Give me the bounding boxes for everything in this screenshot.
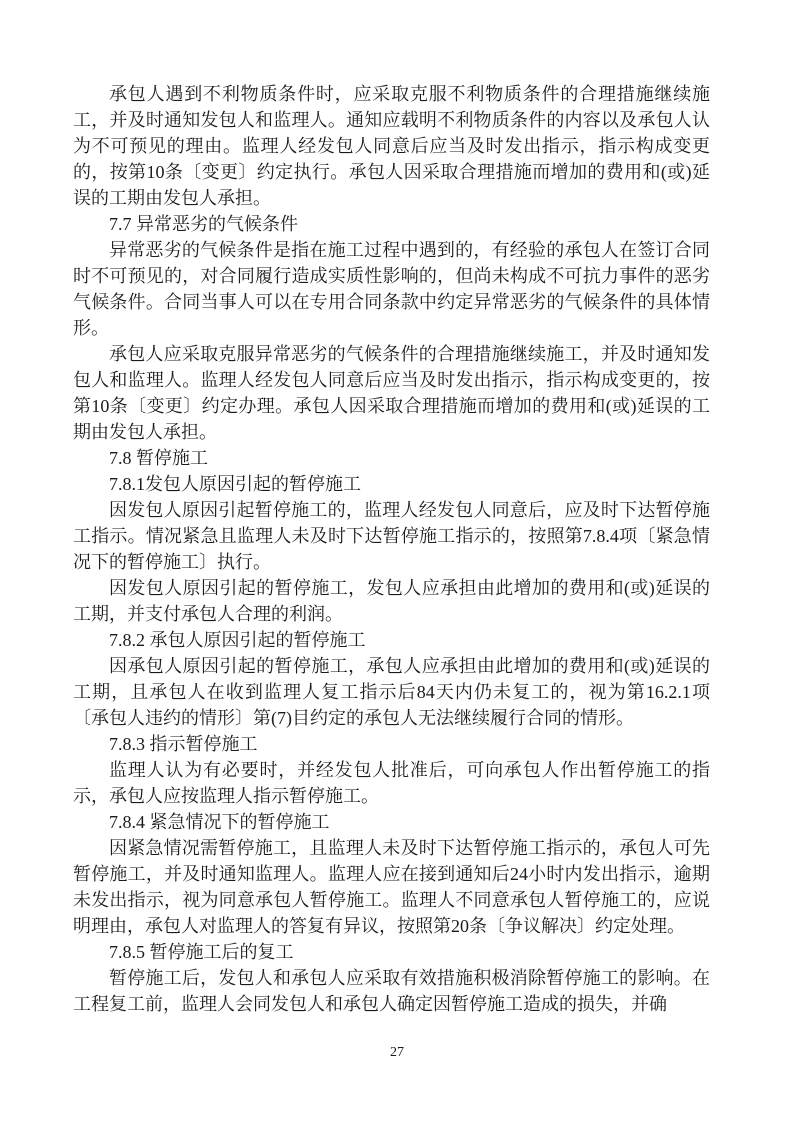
section-heading: 7.8.4 紧急情况下的暂停施工: [73, 809, 710, 835]
paragraph: 承包人应采取克服异常恶劣的气候条件的合理措施继续施工，并及时通知发包人和监理人。…: [73, 341, 710, 445]
page-number: 27: [0, 1045, 794, 1060]
paragraph: 异常恶劣的气候条件是指在施工过程中遇到的，有经验的承包人在签订合同时不可预见的，…: [73, 237, 710, 341]
section-heading: 7.8.3 指示暂停施工: [73, 731, 710, 757]
paragraph: 承包人遇到不利物质条件时，应采取克服不利物质条件的合理措施继续施工，并及时通知发…: [73, 81, 710, 211]
section-heading: 7.8.1发包人原因引起的暂停施工: [73, 471, 710, 497]
section-heading: 7.7 异常恶劣的气候条件: [73, 211, 710, 237]
document-body: 承包人遇到不利物质条件时，应采取克服不利物质条件的合理措施继续施工，并及时通知发…: [73, 81, 710, 1017]
paragraph: 因发包人原因引起暂停施工的，监理人经发包人同意后，应及时下达暂停施工指示。情况紧…: [73, 497, 710, 575]
section-heading: 7.8 暂停施工: [73, 445, 710, 471]
section-heading: 7.8.5 暂停施工后的复工: [73, 939, 710, 965]
paragraph: 监理人认为有必要时，并经发包人批准后，可向承包人作出暂停施工的指示，承包人应按监…: [73, 757, 710, 809]
paragraph: 因承包人原因引起的暂停施工，承包人应承担由此增加的费用和(或)延误的工期，且承包…: [73, 653, 710, 731]
paragraph: 因紧急情况需暂停施工，且监理人未及时下达暂停施工指示的，承包人可先暂停施工，并及…: [73, 835, 710, 939]
paragraph: 因发包人原因引起的暂停施工，发包人应承担由此增加的费用和(或)延误的工期，并支付…: [73, 575, 710, 627]
section-heading: 7.8.2 承包人原因引起的暂停施工: [73, 627, 710, 653]
paragraph: 暂停施工后，发包人和承包人应采取有效措施积极消除暂停施工的影响。在工程复工前，监…: [73, 965, 710, 1017]
document-page: 承包人遇到不利物质条件时，应采取克服不利物质条件的合理措施继续施工，并及时通知发…: [0, 0, 794, 1122]
